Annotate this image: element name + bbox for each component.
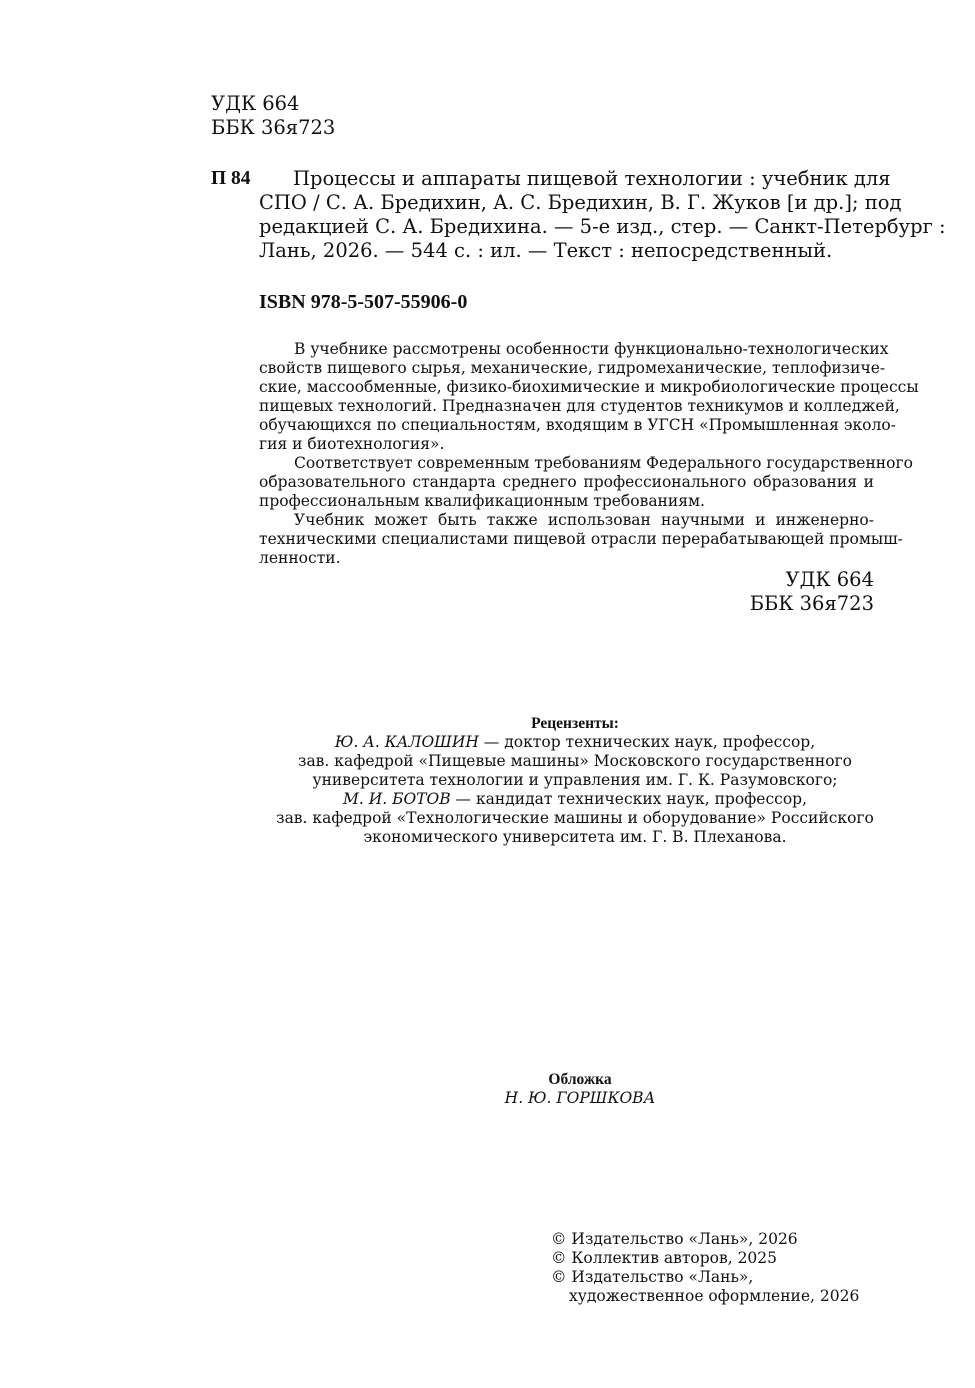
biblio-line: редакцией С. А. Бредихина. — 5-е изд., с… — [259, 215, 874, 239]
abstract-line: профессиональным квалификационным требов… — [259, 492, 874, 511]
bbk-code: ББК 36я723 — [211, 116, 335, 140]
abstract-line: техническими специалистами пищевой отрас… — [259, 530, 874, 549]
abstract: В учебнике рассмотрены особенности функц… — [259, 340, 874, 568]
copyright-line: © Коллектив авторов, 2025 — [551, 1249, 859, 1268]
abstract-paragraph: Соответствует современным требованиям Фе… — [259, 454, 874, 511]
cover-artist: Н. Ю. ГОРШКОВА — [300, 1089, 860, 1108]
bbk-code: ББК 36я723 — [600, 592, 874, 616]
biblio-line: СПО / С. А. Бредихин, А. С. Бредихин, В.… — [259, 191, 874, 215]
abstract-paragraph: Учебник может быть также использован нау… — [259, 511, 874, 568]
reviewer-name: Ю. А. КАЛОШИН — [335, 733, 479, 751]
reviewer-entry: Ю. А. КАЛОШИН — доктор технических наук,… — [200, 733, 950, 752]
cover-heading: Обложка — [300, 1070, 860, 1089]
abstract-line: пищевых технологий. Предназначен для сту… — [259, 397, 874, 416]
isbn: ISBN 978-5-507-55906-0 — [259, 291, 467, 314]
reviewers-block: Рецензенты: Ю. А. КАЛОШИН — доктор техни… — [200, 714, 950, 847]
classification-bottom: УДК 664 ББК 36я723 — [600, 568, 874, 616]
cover-credit: Обложка Н. Ю. ГОРШКОВА — [300, 1070, 860, 1108]
abstract-paragraph: В учебнике рассмотрены особенности функц… — [259, 340, 874, 454]
classification-top: УДК 664 ББК 36я723 — [211, 92, 335, 140]
biblio-line: Лань, 2026. — 544 с. : ил. — Текст : неп… — [259, 239, 874, 263]
catalog-code: П 84 — [211, 167, 261, 191]
abstract-line: Учебник может быть также использован нау… — [259, 511, 874, 530]
reviewer-title: — доктор технических наук, профессор, — [479, 733, 815, 751]
reviewer-affiliation: университета технологии и управления им.… — [200, 771, 950, 790]
abstract-line: ские, массообменные, физико-биохимически… — [259, 378, 874, 397]
biblio-line: Процессы и аппараты пищевой технологии :… — [259, 167, 874, 191]
reviewer-title: — кандидат технических наук, профессор, — [451, 790, 807, 808]
copyright-line: художественное оформление, 2026 — [551, 1287, 859, 1306]
abstract-line: обучающихся по специальностям, входящим … — [259, 416, 874, 435]
reviewer-entry: М. И. БОТОВ — кандидат технических наук,… — [200, 790, 950, 809]
reviewer-affiliation: экономического университета им. Г. В. Пл… — [200, 828, 950, 847]
abstract-line: Соответствует современным требованиям Фе… — [259, 454, 874, 473]
copyright-line: © Издательство «Лань», 2026 — [551, 1230, 859, 1249]
abstract-line: свойств пищевого сырья, механические, ги… — [259, 359, 874, 378]
abstract-line: гия и биотехнология». — [259, 435, 874, 454]
udk-code: УДК 664 — [211, 92, 335, 116]
udk-code: УДК 664 — [600, 568, 874, 592]
reviewer-affiliation: зав. кафедрой «Пищевые машины» Московско… — [200, 752, 950, 771]
abstract-line: ленности. — [259, 549, 874, 568]
reviewers-heading: Рецензенты: — [200, 714, 950, 733]
abstract-line: В учебнике рассмотрены особенности функц… — [259, 340, 874, 359]
reviewer-name: М. И. БОТОВ — [343, 790, 451, 808]
copyright-line: © Издательство «Лань», — [551, 1268, 859, 1287]
reviewer-affiliation: зав. кафедрой «Технологические машины и … — [200, 809, 950, 828]
copyright-block: © Издательство «Лань», 2026 © Коллектив … — [551, 1230, 859, 1306]
abstract-line: образовательного стандарта среднего проф… — [259, 473, 874, 492]
bibliographic-record: Процессы и аппараты пищевой технологии :… — [259, 167, 874, 263]
